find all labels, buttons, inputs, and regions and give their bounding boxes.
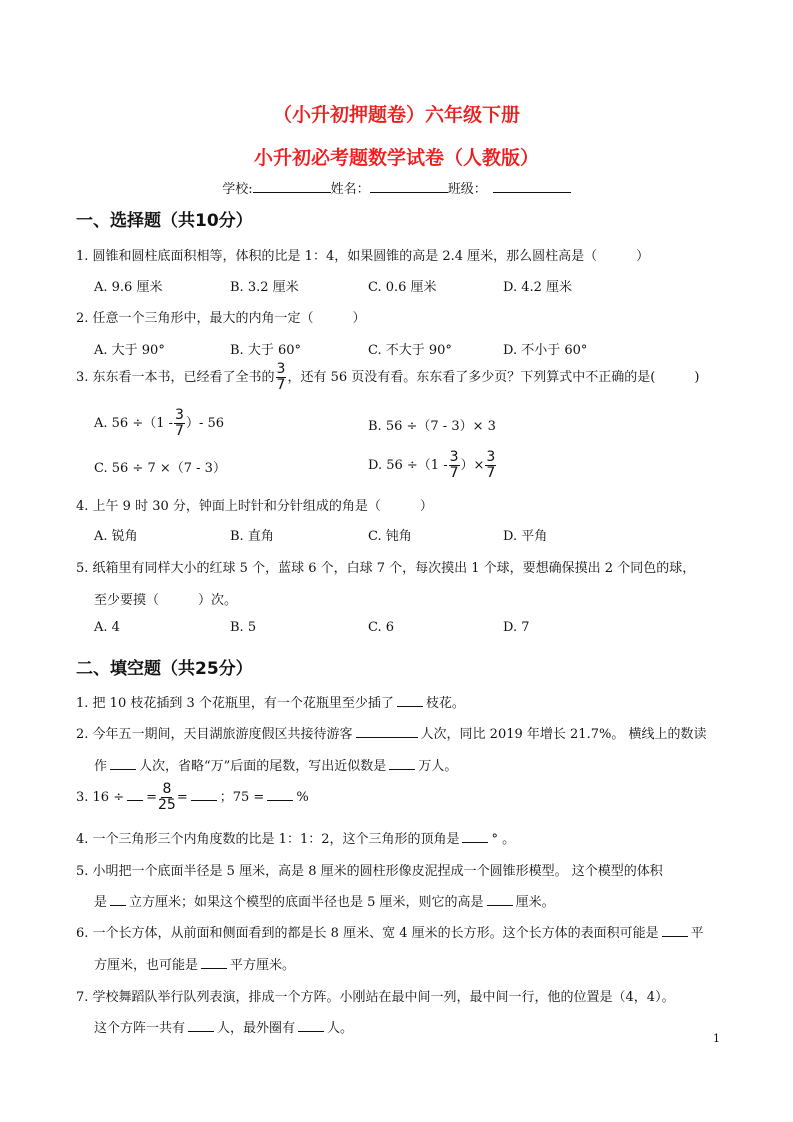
student-info-row: 学校:姓名：班级： (0, 178, 793, 197)
question-2-5-line2: 是立方厘米；如果这个模型的底面半径也是 5 厘米，则它的高是厘米。 (94, 891, 555, 910)
question-2-2-line1: 2. 今年五一期间，天目湖旅游度假区共接待游客人次，同比 2019 年增长 21… (76, 723, 706, 742)
option-1-5-d: D. 7 (503, 620, 530, 635)
answer-blank (397, 694, 423, 707)
question-2-3: 3. 16 ÷=825=；75 =% (76, 782, 309, 813)
option-1-1-b: B. 3.2 厘米 (230, 276, 299, 295)
question-2-7-line1: 7. 学校舞蹈队举行队列表演，排成一个方阵。小刚站在最中间一列，最中间一行，他的… (76, 986, 675, 1005)
option-1-1-a: A. 9.6 厘米 (94, 276, 162, 295)
question-1-5-line1: 5. 纸箱里有同样大小的红球 5 个，蓝球 6 个，白球 7 个，每次摸出 1 … (76, 557, 695, 576)
question-1-1: 1. 圆锥和圆柱底面积相等，体积的比是 1：4，如果圆锥的高是 2.4 厘米，那… (76, 245, 649, 264)
option-1-2-d: D. 不小于 60° (503, 339, 587, 358)
question-2-6-line1: 6. 一个长方体，从前面和侧面看到的都是长 8 厘米、宽 4 厘米的长方形。这个… (76, 922, 704, 941)
question-1-2: 2. 任意一个三角形中，最大的内角一定（ ） (76, 307, 366, 326)
answer-blank (110, 893, 126, 906)
fraction: 37 (449, 450, 460, 481)
answer-blank (191, 788, 217, 801)
answer-blank (298, 1019, 324, 1032)
name-blank (370, 180, 448, 193)
fraction: 825 (158, 782, 176, 813)
answer-blank (267, 788, 293, 801)
fraction: 37 (174, 408, 185, 439)
answer-blank (389, 757, 415, 770)
option-1-3-b: B. 56 ÷（7 - 3）× 3 (368, 415, 496, 434)
exam-title-line1: （小升初押题卷）六年级下册 (0, 100, 793, 127)
fraction: 37 (276, 362, 287, 393)
answer-blank (201, 956, 227, 969)
answer-blank (462, 830, 488, 843)
option-1-4-d: D. 平角 (503, 525, 547, 544)
option-1-1-c: C. 0.6 厘米 (368, 276, 437, 295)
option-1-5-c: C. 6 (368, 620, 394, 635)
answer-blank (110, 757, 136, 770)
option-1-1-d: D. 4.2 厘米 (503, 276, 572, 295)
option-1-2-c: C. 不大于 90° (368, 339, 452, 358)
option-1-4-a: A. 锐角 (94, 525, 138, 544)
school-label: 学校: (222, 182, 252, 197)
question-1-4: 4. 上午 9 时 30 分，钟面上时针和分针组成的角是（ ） (76, 495, 433, 514)
question-1-5-line2: 至少要摸（ ）次。 (94, 589, 237, 608)
answer-blank (662, 924, 688, 937)
option-1-5-a: A. 4 (94, 620, 120, 635)
name-label: 姓名： (331, 182, 370, 197)
class-label: 班级： (448, 182, 487, 197)
option-1-5-b: B. 5 (230, 620, 256, 635)
answer-blank (188, 1019, 214, 1032)
question-2-4: 4. 一个三角形三个内角度数的比是 1：1：2，这个三角形的顶角是° 。 (76, 828, 515, 847)
exam-title-line2: 小升初必考题数学试卷（人教版） (0, 143, 793, 170)
option-1-2-b: B. 大于 60° (230, 339, 301, 358)
question-2-5-line1: 5. 小明把一个底面半径是 5 厘米，高是 8 厘米的圆柱形像皮泥捏成一个圆锥形… (76, 860, 663, 879)
section-heading-fill-blank: 二、填空题（共25分） (76, 654, 253, 679)
page-number: 1 (713, 1032, 720, 1045)
question-1-3: 3. 东东看一本书，已经看了全书的37，还有 56 页没有看。东东看了多少页？下… (76, 362, 699, 393)
answer-blank (356, 725, 418, 738)
section-heading-multiple-choice: 一、选择题（共10分） (76, 206, 253, 231)
school-blank (253, 180, 331, 193)
question-2-1: 1. 把 10 枝花插到 3 个花瓶里，有一个花瓶里至少插了枝花。 (76, 692, 465, 711)
answer-blank (487, 893, 513, 906)
option-1-4-c: C. 钝角 (368, 525, 412, 544)
option-1-3-a: A. 56 ÷（1 -37）- 56 (94, 408, 224, 439)
option-1-3-d: D. 56 ÷（1 -37）×37 (368, 450, 497, 481)
class-blank (493, 180, 571, 193)
fraction: 37 (485, 450, 496, 481)
question-2-6-line2: 方厘米，也可能是平方厘米。 (94, 954, 295, 973)
option-1-3-c: C. 56 ÷ 7 ×（7 - 3） (94, 457, 226, 476)
option-1-2-a: A. 大于 90° (94, 339, 165, 358)
answer-blank (127, 788, 143, 801)
question-2-7-line2: 这个方阵一共有人，最外圈有人。 (94, 1017, 353, 1036)
question-2-2-line2: 作人次，省略“万”后面的尾数，写出近似数是万人。 (94, 755, 457, 774)
option-1-4-b: B. 直角 (230, 525, 274, 544)
